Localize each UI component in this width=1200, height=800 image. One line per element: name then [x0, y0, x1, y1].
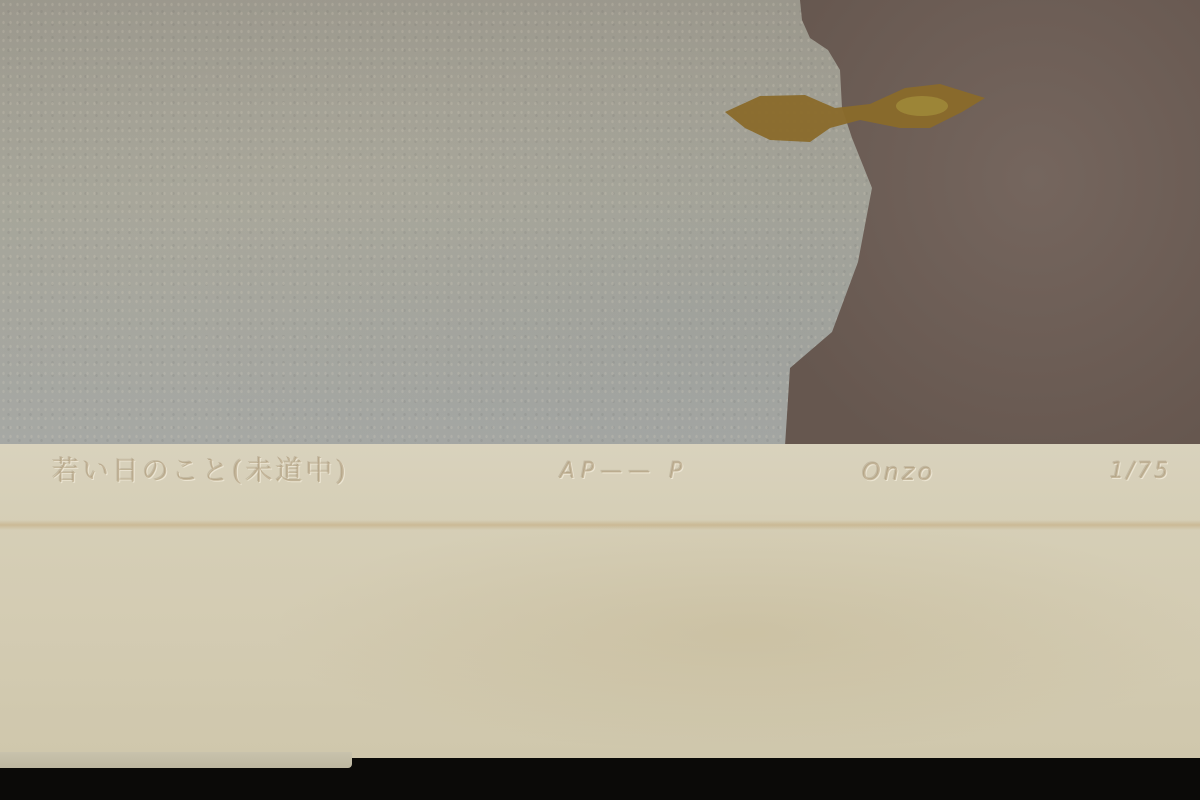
photograph: 若い日のこと(未道中) AP—— P Onzo 1/75	[0, 0, 1200, 800]
artist-signature: Onzo	[862, 452, 935, 492]
fold-crease	[0, 520, 1200, 530]
edition-number: 1/75	[1110, 452, 1171, 492]
print-title-inscription: 若い日のこと(未道中)	[52, 452, 349, 492]
edition-note-inscription: AP—— P	[560, 452, 689, 492]
paper-edge-lip	[0, 752, 352, 768]
printed-image-area	[0, 0, 1200, 446]
